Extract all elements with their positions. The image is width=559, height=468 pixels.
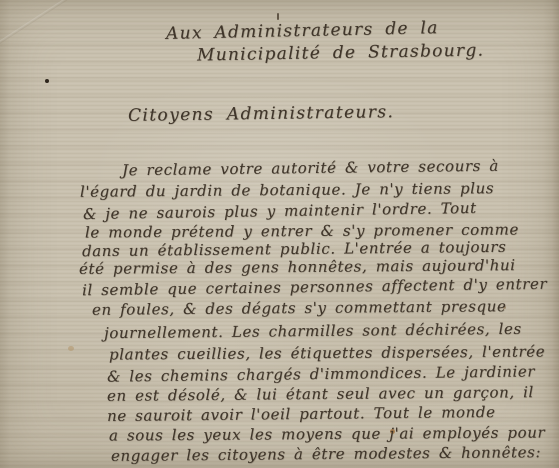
- body-line: plantes cueillies, les étiquettes disper…: [109, 342, 545, 363]
- ink-mark: [277, 13, 279, 20]
- body-line: ne sauroit avoir l'oeil partout. Tout le…: [107, 403, 496, 425]
- fold-crease: [0, 0, 105, 58]
- paper-speck: [45, 79, 49, 83]
- address-heading-line-1: Aux Administrateurs de la: [166, 18, 439, 44]
- address-heading-line-2: Municipalité de Strasbourg.: [197, 40, 485, 65]
- body-line: en foules, & des dégats s'y commettant p…: [92, 297, 507, 319]
- salutation: Citoyens Administrateurs.: [128, 102, 395, 126]
- body-line: été permise à des gens honnêtes, mais au…: [79, 256, 516, 278]
- body-line: journellement. Les charmilles sont déchi…: [104, 320, 522, 342]
- body-line: & je ne saurois plus y maintenir l'ordre…: [83, 199, 477, 223]
- body-line: a sous les yeux les moyens que j'ai empl…: [109, 423, 545, 444]
- body-line: Je reclame votre autorité & votre secour…: [122, 157, 499, 180]
- paper-speck: [68, 346, 74, 351]
- body-line: & les chemins chargés d'immondices. Le j…: [107, 362, 535, 385]
- body-line: engager les citoyens à être modestes & h…: [111, 443, 541, 465]
- body-line: en est désolé, & lui étant seul avec un …: [107, 383, 534, 405]
- body-line: il semble que certaines personnes affect…: [82, 275, 547, 299]
- body-line: l'égard du jardin de botanique. Je n'y t…: [80, 179, 494, 201]
- manuscript-page: Aux Administrateurs de la Municipalité d…: [0, 0, 559, 468]
